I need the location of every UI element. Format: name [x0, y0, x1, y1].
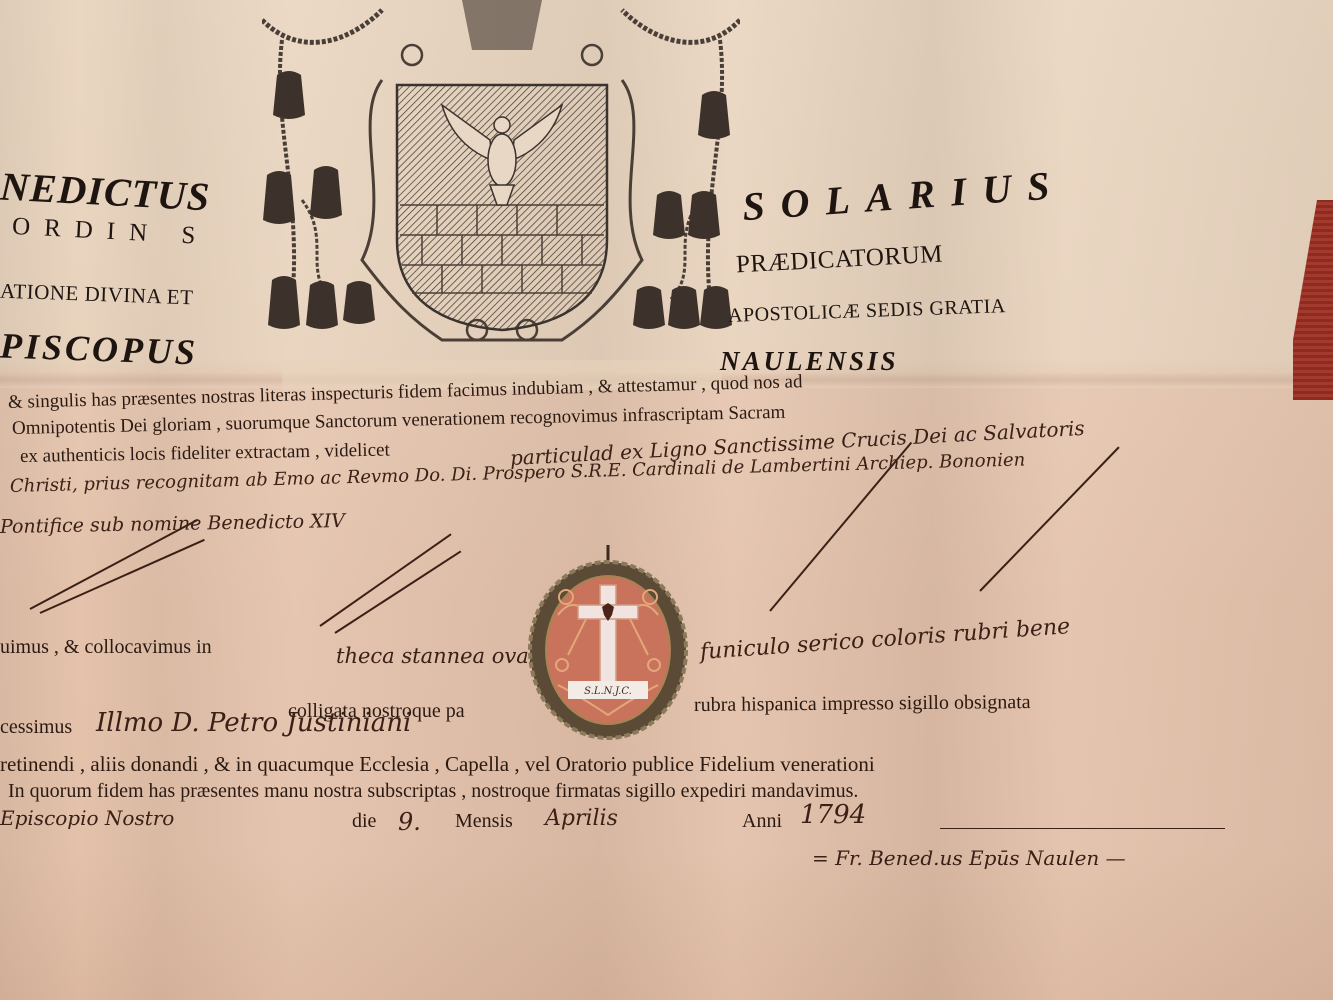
bishop-signature: = Fr. Bened.us Epūs Naulen —: [812, 846, 1126, 870]
handwritten-episcopio: Episcopio Nostro: [0, 806, 174, 830]
body-line-4: uimus , & collocavimus in: [0, 636, 212, 659]
coat-of-arms-icon: [262, 0, 740, 390]
date-anni-label: Anni: [742, 810, 782, 833]
date-die-label: die: [352, 810, 376, 833]
reliquary-label: S.L.N.J.C.: [584, 686, 632, 697]
reliquary-cross-icon: S.L.N.J.C.: [528, 545, 688, 740]
body-line-9: In quorum fidem has præsentes manu nostr…: [8, 780, 858, 803]
handwritten-theca: theca stannea ovali: [336, 644, 542, 668]
handwritten-recipient: Illmo D. Petro Justiniani: [96, 708, 411, 738]
signature-rule: [940, 828, 1225, 829]
body-line-8: retinendi , aliis donandi , & in quacumq…: [0, 752, 875, 777]
heading-left-line4: PISCOPUS: [0, 325, 199, 374]
date-year: 1794: [800, 800, 866, 830]
body-line-6: rubra hispanica impresso sigillo obsigna…: [694, 691, 1031, 717]
date-month: Aprilis: [545, 806, 618, 831]
body-line-7: cessimus: [0, 716, 72, 739]
date-day: 9.: [398, 808, 421, 836]
date-mensis-label: Mensis: [455, 810, 513, 833]
